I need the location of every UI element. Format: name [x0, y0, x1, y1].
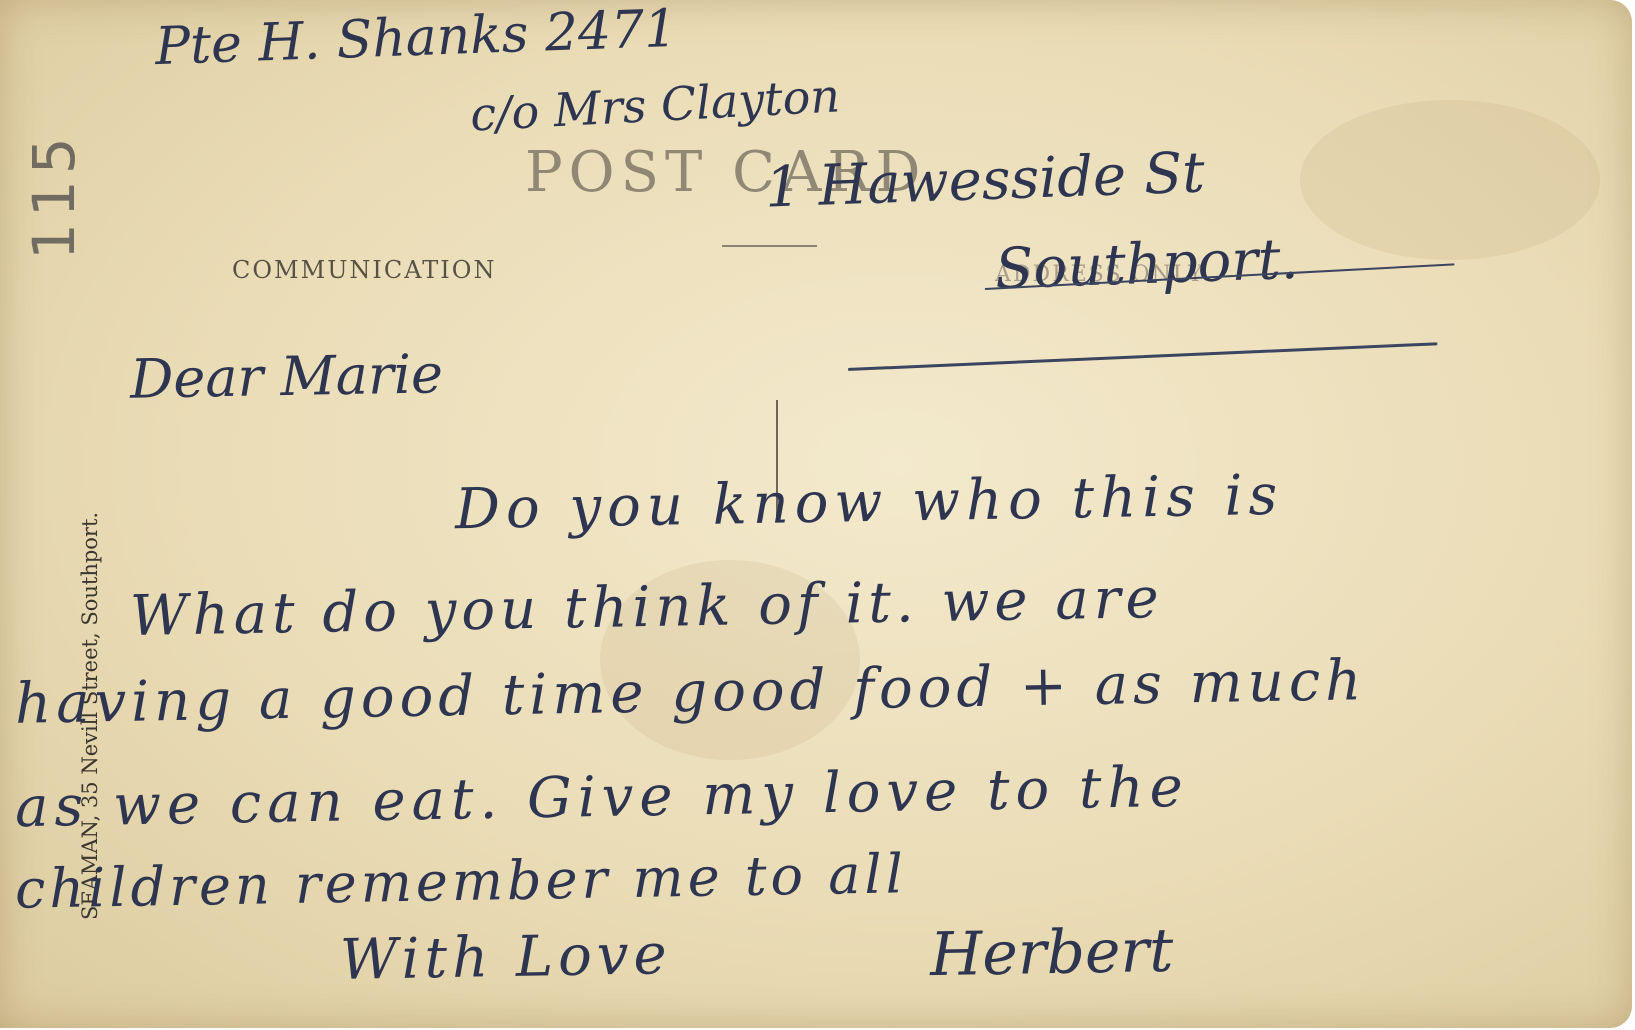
message-salutation: Dear Marie	[129, 342, 443, 410]
message-line: Do you know who this is	[454, 463, 1283, 542]
paper-stain	[1300, 100, 1600, 260]
address-underline	[848, 342, 1438, 371]
message-line: as we can eat. Give my love to the	[15, 755, 1190, 840]
address-line-4: Southport.	[994, 227, 1299, 303]
message-closing: With Love	[339, 922, 672, 993]
address-line-3: 1 Hawesside St	[764, 140, 1206, 220]
message-line: What do you think of it. we are	[130, 566, 1165, 649]
title-rule	[722, 245, 817, 247]
pencil-annotation: 115	[20, 131, 88, 260]
postcard-back: POST CARD COMMUNICATION ADDRESS ONLY SEA…	[0, 0, 1632, 1028]
message-signature: Herbert	[929, 916, 1173, 990]
message-line: having a good time good food + as much	[15, 648, 1367, 737]
address-line-2: c/o Mrs Clayton	[469, 68, 841, 141]
address-line-1: Pte H. Shanks 2471	[154, 0, 678, 77]
printed-communication-label: COMMUNICATION	[232, 256, 496, 284]
message-line: children remember me to all	[15, 842, 908, 921]
